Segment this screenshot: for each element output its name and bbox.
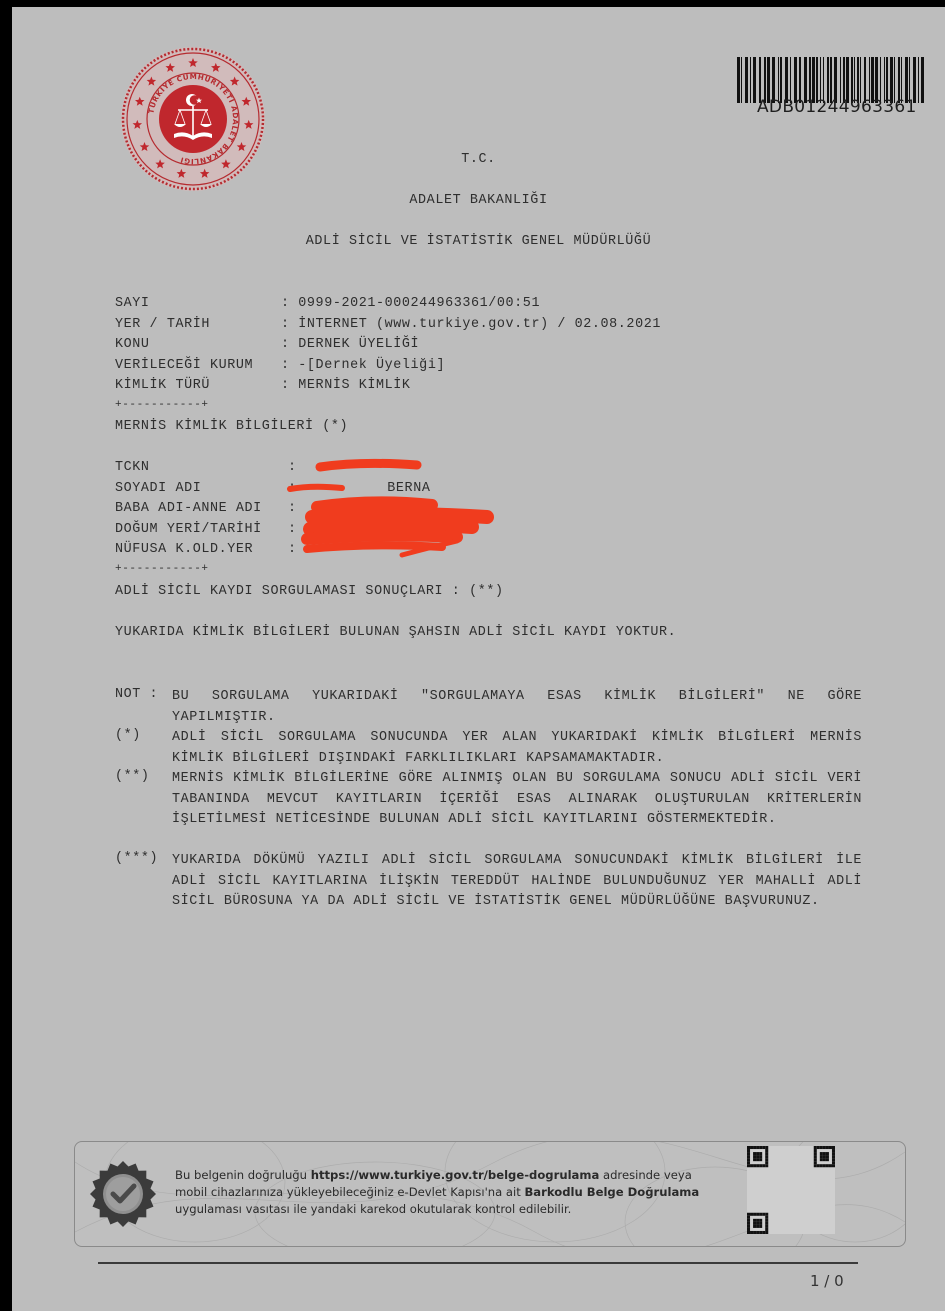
barcode-number: ADB01244963361 — [757, 97, 917, 117]
separator: +-----------+ — [115, 399, 209, 411]
verification-text: Bu belgenin doğruluğu https://www.turkiy… — [175, 1167, 735, 1218]
verification-url-link[interactable]: https://www.turkiye.gov.tr/belge-dogrula… — [311, 1168, 600, 1182]
identity-row-baba-anne: BABA ADI-ANNE ADI: — [115, 501, 297, 516]
page-indicator: 1 / 0 — [810, 1272, 844, 1290]
footer-divider — [98, 1262, 858, 1264]
note-tag-not: NOT : — [115, 687, 158, 702]
note-tag-1: (*) — [115, 728, 141, 743]
document-page: TÜRKİYE CUMHURİYETİ ADALET BAKANLIĞI ADB… — [12, 7, 945, 1311]
verified-badge-icon — [89, 1160, 157, 1228]
meta-row-konu: KONU: DERNEK ÜYELİĞİ — [115, 337, 419, 352]
meta-row-kimlik-turu: KİMLİK TÜRÜ: MERNİS KİMLİK — [115, 378, 411, 393]
identity-row-dogum: DOĞUM YERİ/TARİHİ: — [115, 522, 297, 537]
note-tag-3: (***) — [115, 851, 158, 866]
meta-row-sayi: SAYI: 0999-2021-000244963361/00:51 — [115, 296, 540, 311]
header-tc: T.C. — [12, 152, 945, 167]
identity-section-title: MERNİS KİMLİK BİLGİLERİ (*) — [115, 419, 348, 434]
header-directorate: ADLİ SİCİL VE İSTATİSTİK GENEL MÜDÜRLÜĞÜ — [12, 234, 945, 249]
meta-row-yer-tarih: YER / TARİH: İNTERNET (www.turkiye.gov.t… — [115, 317, 661, 332]
qr-code[interactable] — [747, 1146, 835, 1234]
note-body-1: ADLİ SİCİL SORGULAMA SONUCUNDA YER ALAN … — [172, 728, 862, 769]
redaction-scribble — [282, 455, 512, 570]
verification-app-name: Barkodlu Belge Doğrulama — [524, 1185, 699, 1199]
note-body-3: YUKARIDA DÖKÜMÜ YAZILI ADLİ SİCİL SORGUL… — [172, 851, 862, 913]
separator-2: +-----------+ — [115, 563, 209, 575]
note-tag-2: (**) — [115, 769, 150, 784]
identity-row-tckn: TCKN: — [115, 460, 297, 475]
note-body-2: MERNİS KİMLİK BİLGİLERİNE GÖRE ALINMIŞ O… — [172, 769, 862, 831]
result-title: ADLİ SİCİL KAYDI SORGULAMASI SONUÇLARI :… — [115, 584, 504, 599]
verification-box: Bu belgenin doğruluğu https://www.turkiy… — [74, 1141, 906, 1247]
meta-row-kurum: VERİLECEĞİ KURUM: -[Dernek Üyeliği] — [115, 358, 445, 373]
header-ministry: ADALET BAKANLIĞI — [12, 193, 945, 208]
identity-row-nufus: NÜFUSA K.OLD.YER: — [115, 542, 297, 557]
result-text: YUKARIDA KİMLİK BİLGİLERİ BULUNAN ŞAHSIN… — [115, 625, 676, 640]
note-body-not: BU SORGULAMA YUKARIDAKİ "SORGULAMAYA ESA… — [172, 687, 862, 728]
ministry-seal-icon: TÜRKİYE CUMHURİYETİ ADALET BAKANLIĞI — [118, 44, 268, 194]
